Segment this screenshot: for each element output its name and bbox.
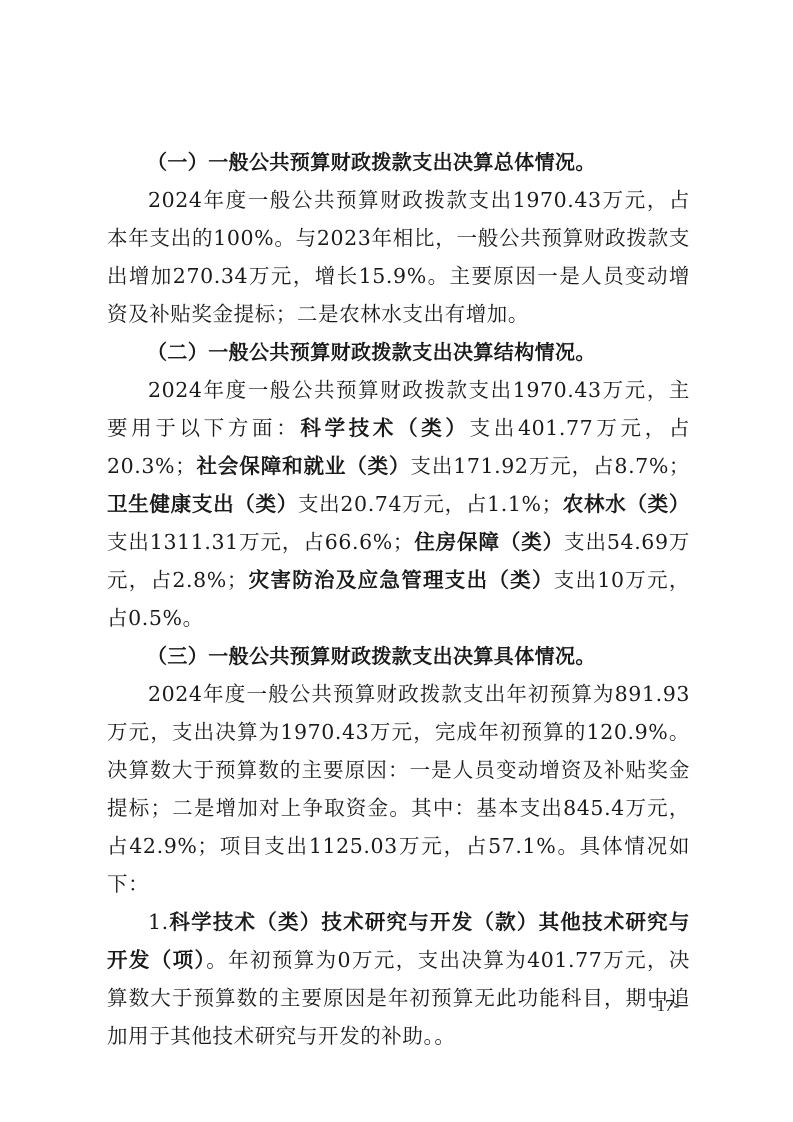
section-heading-2: （二）一般公共预算财政拨款支出决算结构情况。 xyxy=(107,333,690,371)
category-label-social-security: 社会保障和就业（类） xyxy=(196,454,410,478)
section-body-1: 2024年度一般公共预算财政拨款支出1970.43万元，占本年支出的100%。与… xyxy=(107,181,690,333)
section-heading-1: （一）一般公共预算财政拨款支出决算总体情况。 xyxy=(107,143,690,181)
category-text-health: 支出20.74万元，占1.1%； xyxy=(298,492,563,516)
section-heading-3: （三）一般公共预算财政拨款支出决算具体情况。 xyxy=(107,637,690,675)
category-label-disaster: 灾害防治及应急管理支出（类） xyxy=(248,568,554,592)
category-label-science: 科学技术（类） xyxy=(300,416,469,440)
category-label-health: 卫生健康支出（类） xyxy=(107,492,298,516)
page-number: -17- xyxy=(651,996,679,1016)
category-text-agriculture: 支出1311.31万元，占66.6%； xyxy=(107,530,414,554)
detail-number: 1. xyxy=(148,910,169,934)
category-label-housing: 住房保障（类） xyxy=(414,530,564,554)
category-label-agriculture: 农林水（类） xyxy=(563,492,690,516)
document-page: （一）一般公共预算财政拨款支出决算总体情况。 2024年度一般公共预算财政拨款支… xyxy=(107,143,690,1055)
category-text-social-security: 支出171.92万元，占8.7%； xyxy=(410,454,690,478)
detail-item-1: 1.科学技术（类）技术研究与开发（款）其他技术研究与开发（项）。年初预算为0万元… xyxy=(107,903,690,1055)
section-body-2: 2024年度一般公共预算财政拨款支出1970.43万元，主要用于以下方面：科学技… xyxy=(107,371,690,637)
section-body-3: 2024年度一般公共预算财政拨款支出年初预算为891.93万元，支出决算为197… xyxy=(107,675,690,903)
